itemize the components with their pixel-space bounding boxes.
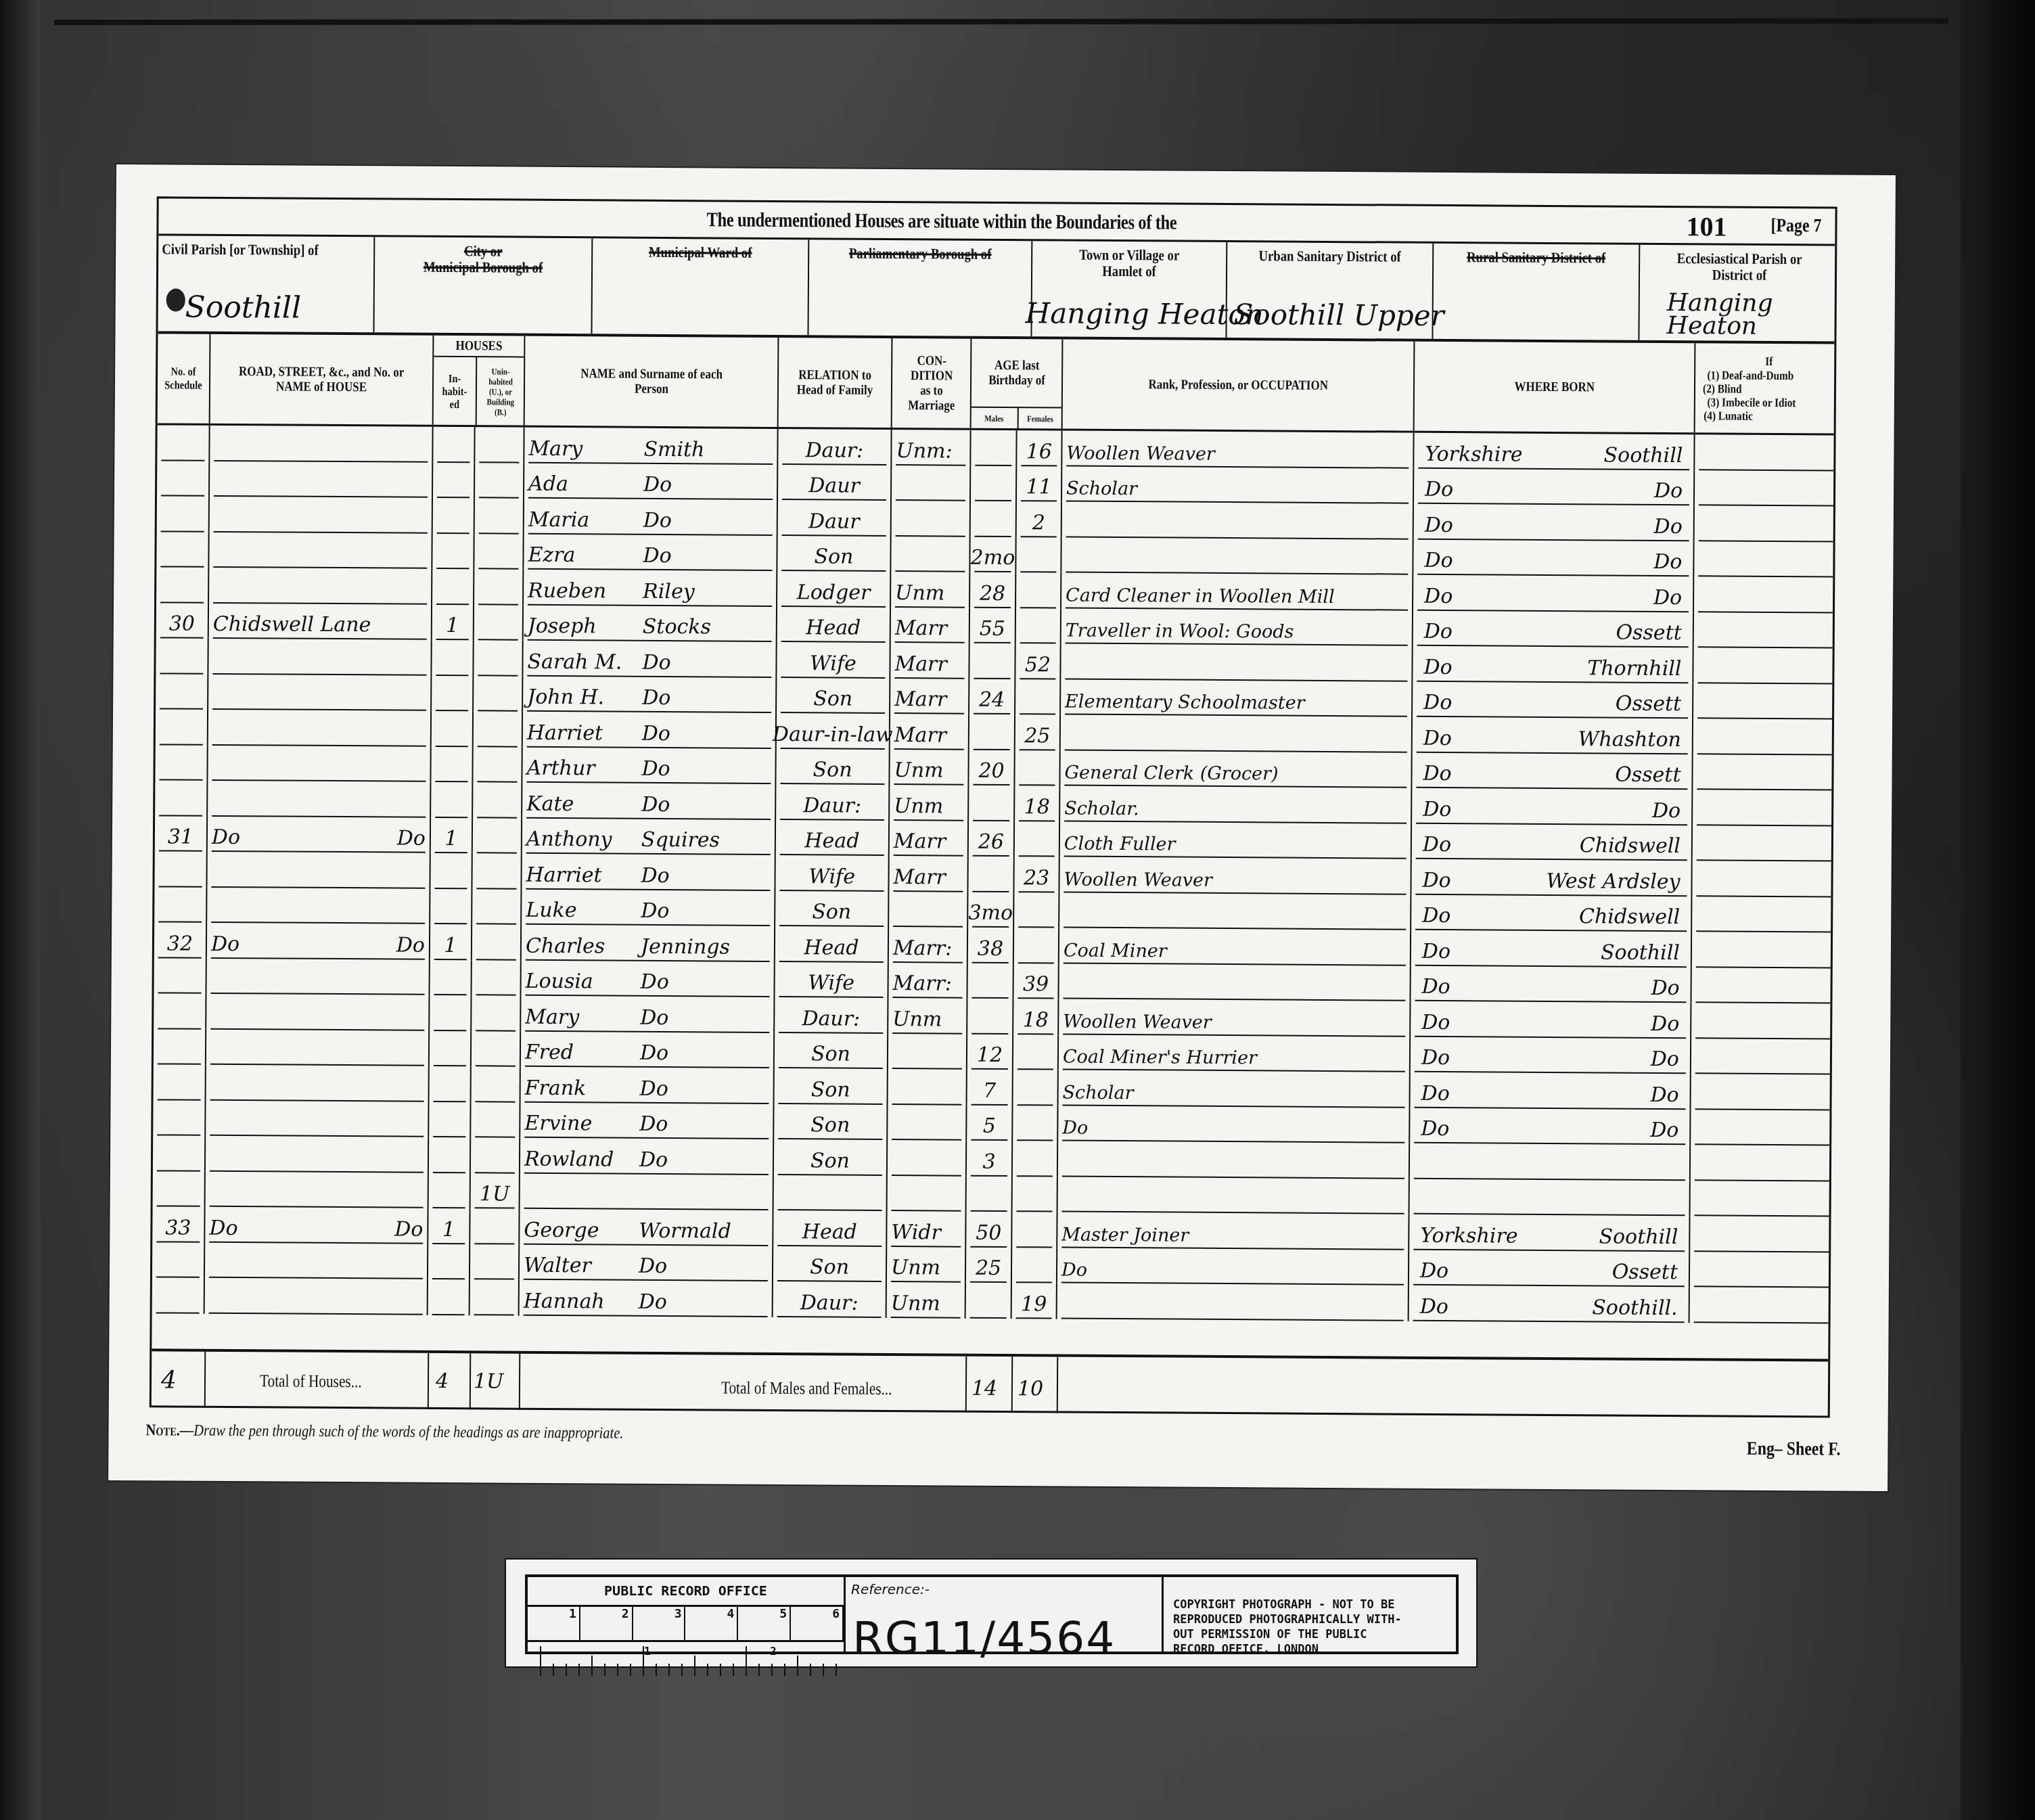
schedule-cell xyxy=(155,745,208,781)
header-where-born: WHERE BORN xyxy=(1415,342,1696,433)
condition-cell: Unm xyxy=(890,785,969,821)
sheet-label: Eng– Sheet F. xyxy=(1747,1438,1841,1461)
civil-parish-value: Soothill xyxy=(185,290,302,325)
relation-cell: Lodger xyxy=(777,571,891,608)
relation-cell: Son xyxy=(775,890,889,927)
female-age-cell: 11 xyxy=(1017,466,1062,502)
ruler-tick xyxy=(823,1664,824,1676)
male-age-cell xyxy=(971,501,1017,537)
male-age-cell: 50 xyxy=(966,1212,1012,1248)
male-age-cell: 24 xyxy=(969,679,1015,714)
person-name-cell: John H.Do xyxy=(523,676,777,713)
inhabited-cell xyxy=(431,746,473,782)
female-age-cell: 19 xyxy=(1012,1283,1057,1319)
infirmity-cell xyxy=(1693,825,1835,862)
condition-cell: Marr xyxy=(891,608,970,643)
male-age-cell: 55 xyxy=(970,608,1016,643)
occupation-cell: Coal Miner's Hurrier xyxy=(1059,1034,1411,1072)
male-age-cell xyxy=(971,465,1017,501)
male-age-cell: 20 xyxy=(969,750,1015,786)
male-age-cell: 3 xyxy=(967,1141,1013,1177)
reference-label: Reference:- xyxy=(851,1581,930,1597)
condition-cell xyxy=(889,891,968,927)
occupation-cell xyxy=(1062,502,1414,540)
where-born-cell: DoDo xyxy=(1411,1001,1691,1039)
male-age-cell xyxy=(969,714,1015,750)
where-born-cell: DoOssett xyxy=(1413,610,1694,647)
where-born-cell: YorkshireSoothill xyxy=(1409,1214,1690,1252)
census-form: The undermentioned Houses are situate wi… xyxy=(150,196,1837,1417)
uninhabited-cell xyxy=(471,1137,520,1173)
census-entries: MarySmithDaur:Unm:16Woollen WeaverYorksh… xyxy=(152,425,1833,1359)
ruler-tick xyxy=(694,1656,695,1676)
female-age-cell: 25 xyxy=(1015,714,1061,750)
uninhabited-cell: 1U xyxy=(471,1173,520,1209)
ruler-tick xyxy=(733,1664,734,1676)
forename: Ada xyxy=(528,472,643,497)
road-cell xyxy=(209,532,432,569)
district-urban-sanitary: Urban Sanitary District of Soothill Uppe… xyxy=(1227,242,1434,339)
surname: Riley xyxy=(643,579,695,603)
infirmity-cell xyxy=(1691,1145,1833,1181)
where-born-cell: DoWhashton xyxy=(1413,717,1693,754)
forename: Anthony xyxy=(526,827,641,852)
uninhabited-cell xyxy=(474,605,524,641)
infirmity-cell xyxy=(1690,1252,1833,1288)
female-age-cell xyxy=(1013,1177,1058,1212)
occupation-cell: Woollen Weaver xyxy=(1059,999,1411,1037)
occupation-cell: General Clerk (Grocer) xyxy=(1060,750,1412,788)
inhabited-cell xyxy=(428,1244,470,1279)
road-cell xyxy=(207,852,430,889)
relation-cell: Daur: xyxy=(775,997,888,1034)
infirmity-cell xyxy=(1692,861,1835,897)
infirmity-cell xyxy=(1693,719,1836,755)
female-age-cell xyxy=(1012,1248,1057,1283)
district-ecclesiastical-parish: Ecclesiastical Parish or District of Han… xyxy=(1639,245,1839,342)
district-town-village: Town or Village or Hamlet of Hanging Hea… xyxy=(1032,241,1227,338)
male-age-cell xyxy=(967,963,1013,999)
where-born-cell: DoDo xyxy=(1414,504,1695,541)
occupation-cell xyxy=(1061,537,1413,575)
schedule-cell xyxy=(157,461,210,497)
ruler-tick xyxy=(553,1664,554,1676)
relation-cell: Wife xyxy=(775,855,889,892)
ruler-tick xyxy=(540,1646,541,1676)
ruler-tick xyxy=(643,1646,644,1676)
district-civil-parish: Civil Parish [or Township] of Soothill xyxy=(158,235,375,332)
forename: Harriet xyxy=(527,721,642,745)
schedule-cell xyxy=(153,1135,206,1171)
relation-cell: Wife xyxy=(777,642,890,679)
forename: Arthur xyxy=(526,756,641,781)
forename: Fred xyxy=(525,1041,640,1065)
female-age-cell xyxy=(1015,821,1060,857)
inhabited-cell xyxy=(433,462,475,498)
condition-cell: Marr xyxy=(889,856,968,892)
surname: Do xyxy=(641,863,669,887)
relation-cell: Head xyxy=(773,1210,887,1247)
uninhabited-cell xyxy=(473,782,522,818)
uninhabited-cell xyxy=(470,1208,520,1244)
district-row: Civil Parish [or Township] of Soothill C… xyxy=(158,235,1835,344)
person-name-cell: GeorgeWormald xyxy=(520,1209,773,1246)
person-name-cell: MariaDo xyxy=(524,499,778,536)
inhabited-cell xyxy=(429,1137,471,1173)
person-name-cell: RowlandDo xyxy=(520,1138,774,1175)
infirmity-cell xyxy=(1695,434,1837,471)
road-cell xyxy=(208,710,432,747)
female-age-cell xyxy=(1014,892,1059,928)
inhabited-cell: 1 xyxy=(430,924,472,960)
relation-cell: Son xyxy=(775,1032,888,1069)
surname: Do xyxy=(643,544,671,568)
female-age-cell xyxy=(1016,537,1061,573)
occupation-cell xyxy=(1057,1283,1409,1321)
occupation-cell: Scholar xyxy=(1062,466,1414,504)
forename: George xyxy=(524,1218,639,1242)
ruler-tick xyxy=(566,1664,567,1676)
person-name-cell: Sarah M.Do xyxy=(523,641,777,678)
infirmity-cell xyxy=(1693,647,1836,684)
surname: Stocks xyxy=(643,615,711,639)
relation-cell xyxy=(774,1175,888,1211)
infirmity-cell xyxy=(1695,505,1837,542)
females-total: 10 xyxy=(1018,1377,1043,1401)
where-born-cell: DoDo xyxy=(1414,468,1695,505)
infirmity-cell xyxy=(1693,790,1835,826)
header-age: AGE last Birthday of Males Females xyxy=(971,339,1064,429)
relation-cell: Daur: xyxy=(773,1281,887,1318)
person-name-cell: AnthonySquires xyxy=(522,818,776,855)
female-age-cell: 39 xyxy=(1013,963,1059,999)
uninhabited-cell xyxy=(472,960,522,996)
scan-top-rule xyxy=(54,18,1948,25)
condition-cell xyxy=(888,1140,967,1176)
infirmity-cell xyxy=(1691,1074,1834,1110)
female-age-cell: 52 xyxy=(1015,643,1061,679)
surname: Do xyxy=(643,473,672,497)
occupation-cell: Cloth Fuller xyxy=(1060,821,1412,859)
surname: Do xyxy=(643,508,672,532)
forename: Maria xyxy=(528,507,643,532)
where-born-cell: DoSoothill xyxy=(1411,930,1692,968)
forename: Harriet xyxy=(526,863,641,887)
header-males: Males xyxy=(971,407,1019,430)
infirmity-cell xyxy=(1692,896,1835,933)
header-females: Females xyxy=(1018,407,1063,430)
person-name-cell: HannahDo xyxy=(520,1280,773,1317)
occupation-cell: Scholar. xyxy=(1060,786,1412,824)
office-name: PUBLIC RECORD OFFICE xyxy=(528,1577,844,1607)
inhabited-cell xyxy=(430,1066,472,1102)
inhabited-cell xyxy=(430,959,472,995)
occupation-cell xyxy=(1058,1141,1410,1179)
surname: Do xyxy=(642,650,670,674)
ruler-tick xyxy=(810,1664,811,1676)
surname: Do xyxy=(639,1254,667,1278)
forename: Kate xyxy=(526,792,641,816)
header-houses: HOUSES In-habit-ed Unin-habited (U.), or… xyxy=(434,336,526,426)
schedule-cell xyxy=(156,532,209,568)
road-cell xyxy=(206,1065,430,1102)
inhabited-cell: 1 xyxy=(432,604,474,640)
male-age-cell: 38 xyxy=(968,928,1014,963)
condition-cell: Marr: xyxy=(888,962,967,998)
schedule-total: 4 xyxy=(161,1366,177,1394)
ruler-tick xyxy=(668,1664,670,1676)
male-age-cell xyxy=(969,786,1015,821)
relation-cell: Son xyxy=(775,1068,888,1105)
forename: Walter xyxy=(524,1254,639,1278)
header-uninhabited: Unin-habited (U.), or Building (B.) xyxy=(476,356,526,427)
header-schedule: No. of Schedule xyxy=(158,334,211,423)
female-age-cell xyxy=(1013,1106,1058,1141)
inhabited-cell xyxy=(431,782,473,818)
inhabited-cell xyxy=(429,1173,471,1208)
schedule-cell xyxy=(152,1242,205,1278)
occupation-cell xyxy=(1061,644,1413,682)
schedule-cell: 33 xyxy=(152,1206,205,1242)
surname: Do xyxy=(639,1290,667,1313)
forename: Hannah xyxy=(524,1289,639,1313)
road-cell xyxy=(206,1029,430,1066)
condition-cell xyxy=(891,537,970,572)
surname: Jennings xyxy=(641,934,730,959)
uninhabited-cell xyxy=(475,463,524,499)
ruler-tick xyxy=(784,1664,785,1676)
folio-number: 101 xyxy=(1686,210,1727,242)
record-office-label: PUBLIC RECORD OFFICE 1 2 3 4 5 6 1 2 Ref… xyxy=(506,1560,1476,1666)
road-cell xyxy=(207,887,430,924)
condition-cell: Widr xyxy=(887,1211,966,1247)
district-municipal-borough: City orMunicipal Borough of xyxy=(374,237,593,334)
forename: Rueben xyxy=(528,578,643,603)
infirmity-cell xyxy=(1691,1181,1833,1217)
inhabited-cell xyxy=(430,1030,472,1066)
forename: Luke xyxy=(526,898,641,923)
person-name-cell: AdaDo xyxy=(524,463,778,500)
female-age-cell xyxy=(1013,1070,1059,1106)
schedule-cell xyxy=(155,780,208,816)
where-born-cell: DoDo xyxy=(1412,788,1693,825)
relation-cell: Son xyxy=(777,677,890,714)
ruler-tick xyxy=(707,1664,708,1676)
surname: Do xyxy=(640,1041,668,1065)
schedule-cell xyxy=(156,674,208,710)
forename: Charles xyxy=(526,934,641,958)
surname: Smith xyxy=(643,437,704,461)
infirmity-cell xyxy=(1694,576,1837,613)
where-born-cell: DoThornhill xyxy=(1413,646,1693,683)
ruler-inch: 1 2 xyxy=(528,1642,844,1676)
road-cell: DoDo xyxy=(208,816,431,853)
occupation-cell: Woollen Weaver xyxy=(1059,857,1411,895)
scan-edge-right xyxy=(1961,0,2035,1820)
condition-cell: Unm xyxy=(890,750,969,786)
person-name-cell: ErvineDo xyxy=(520,1102,774,1139)
road-cell xyxy=(210,461,433,498)
district-municipal-ward: Municipal Ward of xyxy=(592,238,809,335)
male-age-cell xyxy=(967,999,1013,1034)
surname: Do xyxy=(642,721,670,745)
male-age-cell xyxy=(966,1283,1012,1319)
male-age-cell: 5 xyxy=(967,1105,1013,1141)
uninhabited-cell xyxy=(474,711,523,747)
person-name-cell: WalterDo xyxy=(520,1244,773,1281)
occupation-cell xyxy=(1058,1177,1410,1214)
header-occupation: Rank, Profession, or OCCUPATION xyxy=(1063,340,1415,431)
people-total-label: Total of Males and Females... xyxy=(721,1378,892,1399)
uninhabited-cell xyxy=(475,498,524,534)
inhabited-cell xyxy=(432,675,474,711)
relation-cell: Daur-in-law xyxy=(777,713,890,750)
road-cell: Chidswell Lane xyxy=(209,603,432,640)
surname: Do xyxy=(639,1112,668,1136)
occupation-cell: Traveller in Wool: Goods xyxy=(1061,608,1413,646)
forename: Ezra xyxy=(528,543,643,568)
where-born-cell: DoDo xyxy=(1413,539,1694,576)
infirmity-cell xyxy=(1695,470,1837,507)
condition-cell: Unm xyxy=(888,998,967,1034)
ink-blot xyxy=(166,288,185,311)
scan-edge-left xyxy=(0,0,41,1820)
infirmity-cell xyxy=(1690,1287,1833,1323)
female-age-cell xyxy=(1015,679,1061,715)
female-age-cell xyxy=(1016,572,1061,608)
occupation-cell: Elementary Schoolmaster xyxy=(1061,679,1413,717)
forename: Joseph xyxy=(528,614,643,639)
person-name-cell: MaryDo xyxy=(521,996,775,1033)
male-age-cell: 26 xyxy=(969,821,1015,857)
person-name-cell: LousiaDo xyxy=(522,960,775,997)
schedule-cell xyxy=(154,993,206,1029)
male-age-cell xyxy=(968,857,1014,892)
where-born-cell: DoDo xyxy=(1411,1072,1691,1110)
condition-cell: Unm xyxy=(887,1246,966,1282)
uninhabited-cell xyxy=(472,853,522,889)
urban-sanitary-value: Soothill Upper xyxy=(1234,298,1444,332)
schedule-cell xyxy=(153,1171,206,1207)
schedule-cell xyxy=(152,1277,205,1313)
condition-cell: Marr: xyxy=(889,927,968,963)
female-age-cell: 16 xyxy=(1017,430,1062,466)
female-age-cell xyxy=(1012,1212,1057,1248)
inhabited-cell xyxy=(429,1101,471,1137)
relation-cell: Head xyxy=(777,606,891,643)
forename: Mary xyxy=(525,1005,640,1029)
condition-cell xyxy=(888,1069,967,1105)
schedule-cell xyxy=(156,567,209,603)
occupation-cell: Coal Miner xyxy=(1059,928,1411,966)
road-cell xyxy=(208,745,431,782)
person-name-cell: JosephStocks xyxy=(524,605,777,642)
person-name-cell: HarrietDo xyxy=(522,854,775,891)
district-rural-sanitary: Rural Sanitary District of xyxy=(1433,244,1640,340)
road-cell xyxy=(208,781,431,818)
relation-cell: Son xyxy=(773,1246,887,1282)
relation-cell: Head xyxy=(776,819,890,856)
ruler-tick xyxy=(656,1664,657,1676)
person-name-cell: HarrietDo xyxy=(523,712,777,749)
road-cell xyxy=(210,497,433,534)
district-parliamentary-borough: Parliamentary Borough of xyxy=(808,240,1032,336)
road-cell xyxy=(209,568,432,605)
uninhabited-cell xyxy=(470,1279,520,1315)
female-age-cell: 23 xyxy=(1014,857,1059,892)
person-name-cell xyxy=(520,1173,774,1210)
road-cell xyxy=(206,1100,429,1137)
infirmity-cell xyxy=(1691,1110,1833,1146)
uninhabited-cell xyxy=(472,995,521,1031)
schedule-cell xyxy=(154,1064,206,1100)
uninhabited-cell xyxy=(473,818,522,854)
reference-value: RG11/4564 xyxy=(852,1612,1116,1664)
inhabited-cell xyxy=(432,533,474,569)
condition-cell: Unm xyxy=(887,1282,966,1318)
condition-cell xyxy=(892,501,971,537)
person-name-cell: MarySmith xyxy=(524,428,778,465)
male-age-cell: 25 xyxy=(966,1247,1012,1283)
infirmity-cell xyxy=(1694,612,1837,649)
condition-cell xyxy=(888,1175,967,1211)
surname: Do xyxy=(640,1076,668,1100)
census-page: The undermentioned Houses are situate wi… xyxy=(108,164,1896,1491)
page-number: [Page 7 xyxy=(1771,215,1822,237)
occupation-cell xyxy=(1061,715,1413,753)
person-name-cell: ArthurDo xyxy=(522,747,776,784)
inhabited-cell: 1 xyxy=(431,817,473,853)
infirmity-cell xyxy=(1694,541,1837,578)
ruler-cm: 1 2 3 4 5 6 xyxy=(528,1607,844,1642)
female-age-cell: 2 xyxy=(1017,501,1062,537)
occupation-cell: Card Cleaner in Woollen Mill xyxy=(1061,573,1413,611)
road-cell xyxy=(206,1171,429,1208)
forename: Ervine xyxy=(524,1112,639,1136)
condition-cell xyxy=(888,1033,967,1069)
male-age-cell xyxy=(971,430,1017,466)
road-cell xyxy=(210,426,433,463)
relation-cell: Head xyxy=(775,926,889,963)
inhabited-cell xyxy=(433,427,475,463)
infirmity-cell xyxy=(1693,754,1835,791)
where-born-cell: DoOssett xyxy=(1413,681,1693,719)
road-cell xyxy=(205,1242,428,1279)
reference-section: Reference:- RG11/4564 xyxy=(846,1577,1164,1652)
inhabited-cell xyxy=(432,711,474,747)
relation-cell: Daur xyxy=(778,464,892,501)
ruler-tick xyxy=(681,1664,683,1676)
inhabited-cell xyxy=(433,498,475,534)
surname: Do xyxy=(639,1147,668,1171)
ruler-tick xyxy=(758,1664,760,1676)
forename: John H. xyxy=(527,685,642,710)
header-name: NAME and Surname of each Person xyxy=(525,336,779,427)
road-cell xyxy=(205,1278,428,1315)
female-age-cell xyxy=(1014,928,1059,963)
condition-cell: Marr xyxy=(890,821,969,857)
male-age-cell: 12 xyxy=(967,1034,1013,1070)
surname: Squires xyxy=(641,828,720,852)
schedule-cell: 32 xyxy=(154,922,207,958)
uninhabited-cell xyxy=(474,676,523,712)
female-age-cell xyxy=(1016,608,1061,644)
road-cell: DoDo xyxy=(205,1207,428,1244)
ecclesiastical-value: Hanging Heaton xyxy=(1666,292,1802,338)
road-cell xyxy=(208,639,432,676)
male-age-cell: 28 xyxy=(970,572,1016,608)
inhabited-cell xyxy=(432,569,474,605)
